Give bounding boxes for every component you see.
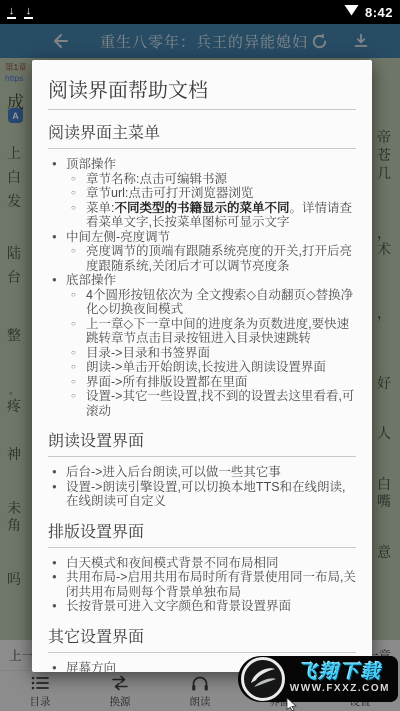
help-item: 菜单:不同类型的书籍显示的菜单不同。详情请查看菜单文字,长按菜单图标可显示文字: [48, 201, 356, 230]
help-item: 章节名称:点击可编辑书源: [48, 172, 356, 187]
mouse-cursor: [286, 697, 297, 711]
help-item: 章节url:点击可打开浏览器浏览: [48, 186, 356, 201]
section-heading-other: 其它设置界面: [48, 624, 356, 653]
section-heading-read-aloud: 朗读设置界面: [48, 428, 356, 457]
clock: 8:42: [365, 5, 393, 20]
download-status-icon: ↓: [7, 6, 16, 19]
site-watermark: 飞翔下载 WWW.FXXZ.COM: [238, 656, 398, 702]
status-bar: ↓ ↓ 8:42: [0, 0, 400, 24]
help-item: 4个圆形按钮依次为 全文搜索◇自动翻页◇替换净化◇切换夜间模式: [48, 288, 356, 317]
help-item: 长按背景可进入文字颜色和背景设置界面: [48, 599, 356, 614]
help-dialog[interactable]: 阅读界面帮助文档 阅读界面主菜单 顶部操作 章节名称:点击可编辑书源 章节url…: [32, 60, 372, 672]
fxxz-logo-icon: [240, 656, 286, 702]
help-item: 亮度调节的顶端有跟随系统亮度的开关,打开后亮度跟随系统,关闭后才可以调节亮度条: [48, 244, 356, 273]
help-item: 白天模式和夜间模式背景不同布局相同: [48, 556, 356, 571]
help-item: 上一章◇下一章中间的进度条为页数进度,要快速跳转章节点击目录按钮进入目录快速跳转: [48, 317, 356, 346]
help-item: 共用布局->启用共用布局时所有背景使用同一布局,关闭共用布局则每个背景单独布局: [48, 570, 356, 599]
help-item: 底部操作: [48, 273, 356, 288]
section-heading-typesetting: 排版设置界面: [48, 519, 356, 548]
watermark-title: 飞翔下载: [298, 663, 382, 683]
help-dialog-content[interactable]: 阅读界面帮助文档 阅读界面主菜单 顶部操作 章节名称:点击可编辑书源 章节url…: [32, 60, 372, 672]
help-item: 中间左侧-亮度调节: [48, 230, 356, 245]
watermark-url: WWW.FXXZ.COM: [290, 683, 390, 695]
help-item: 设置->其它一些设置,找不到的设置去这里看看,可滚动: [48, 389, 356, 418]
help-item: 目录->目录和书签界面: [48, 346, 356, 361]
wifi-icon: [344, 3, 359, 21]
help-item: 朗读->单击开始朗读,长按进入朗读设置界面: [48, 360, 356, 375]
section-heading-main-menu: 阅读界面主菜单: [48, 120, 356, 149]
dialog-title: 阅读界面帮助文档: [48, 74, 356, 110]
download-status-icon: ↓: [24, 6, 33, 19]
help-item: 设置->朗读引擎设置,可以切换本地TTS和在线朗读,在线朗读可自定义: [48, 480, 356, 509]
phone-screen: ↓ ↓ 8:42 重生八零年：兵王的异能媳妇: [0, 0, 400, 711]
help-item: 顶部操作: [48, 157, 356, 172]
help-item: 后台->进入后台朗读,可以做一些其它事: [48, 465, 356, 480]
help-item: 界面->所有排版设置都在里面: [48, 375, 356, 390]
